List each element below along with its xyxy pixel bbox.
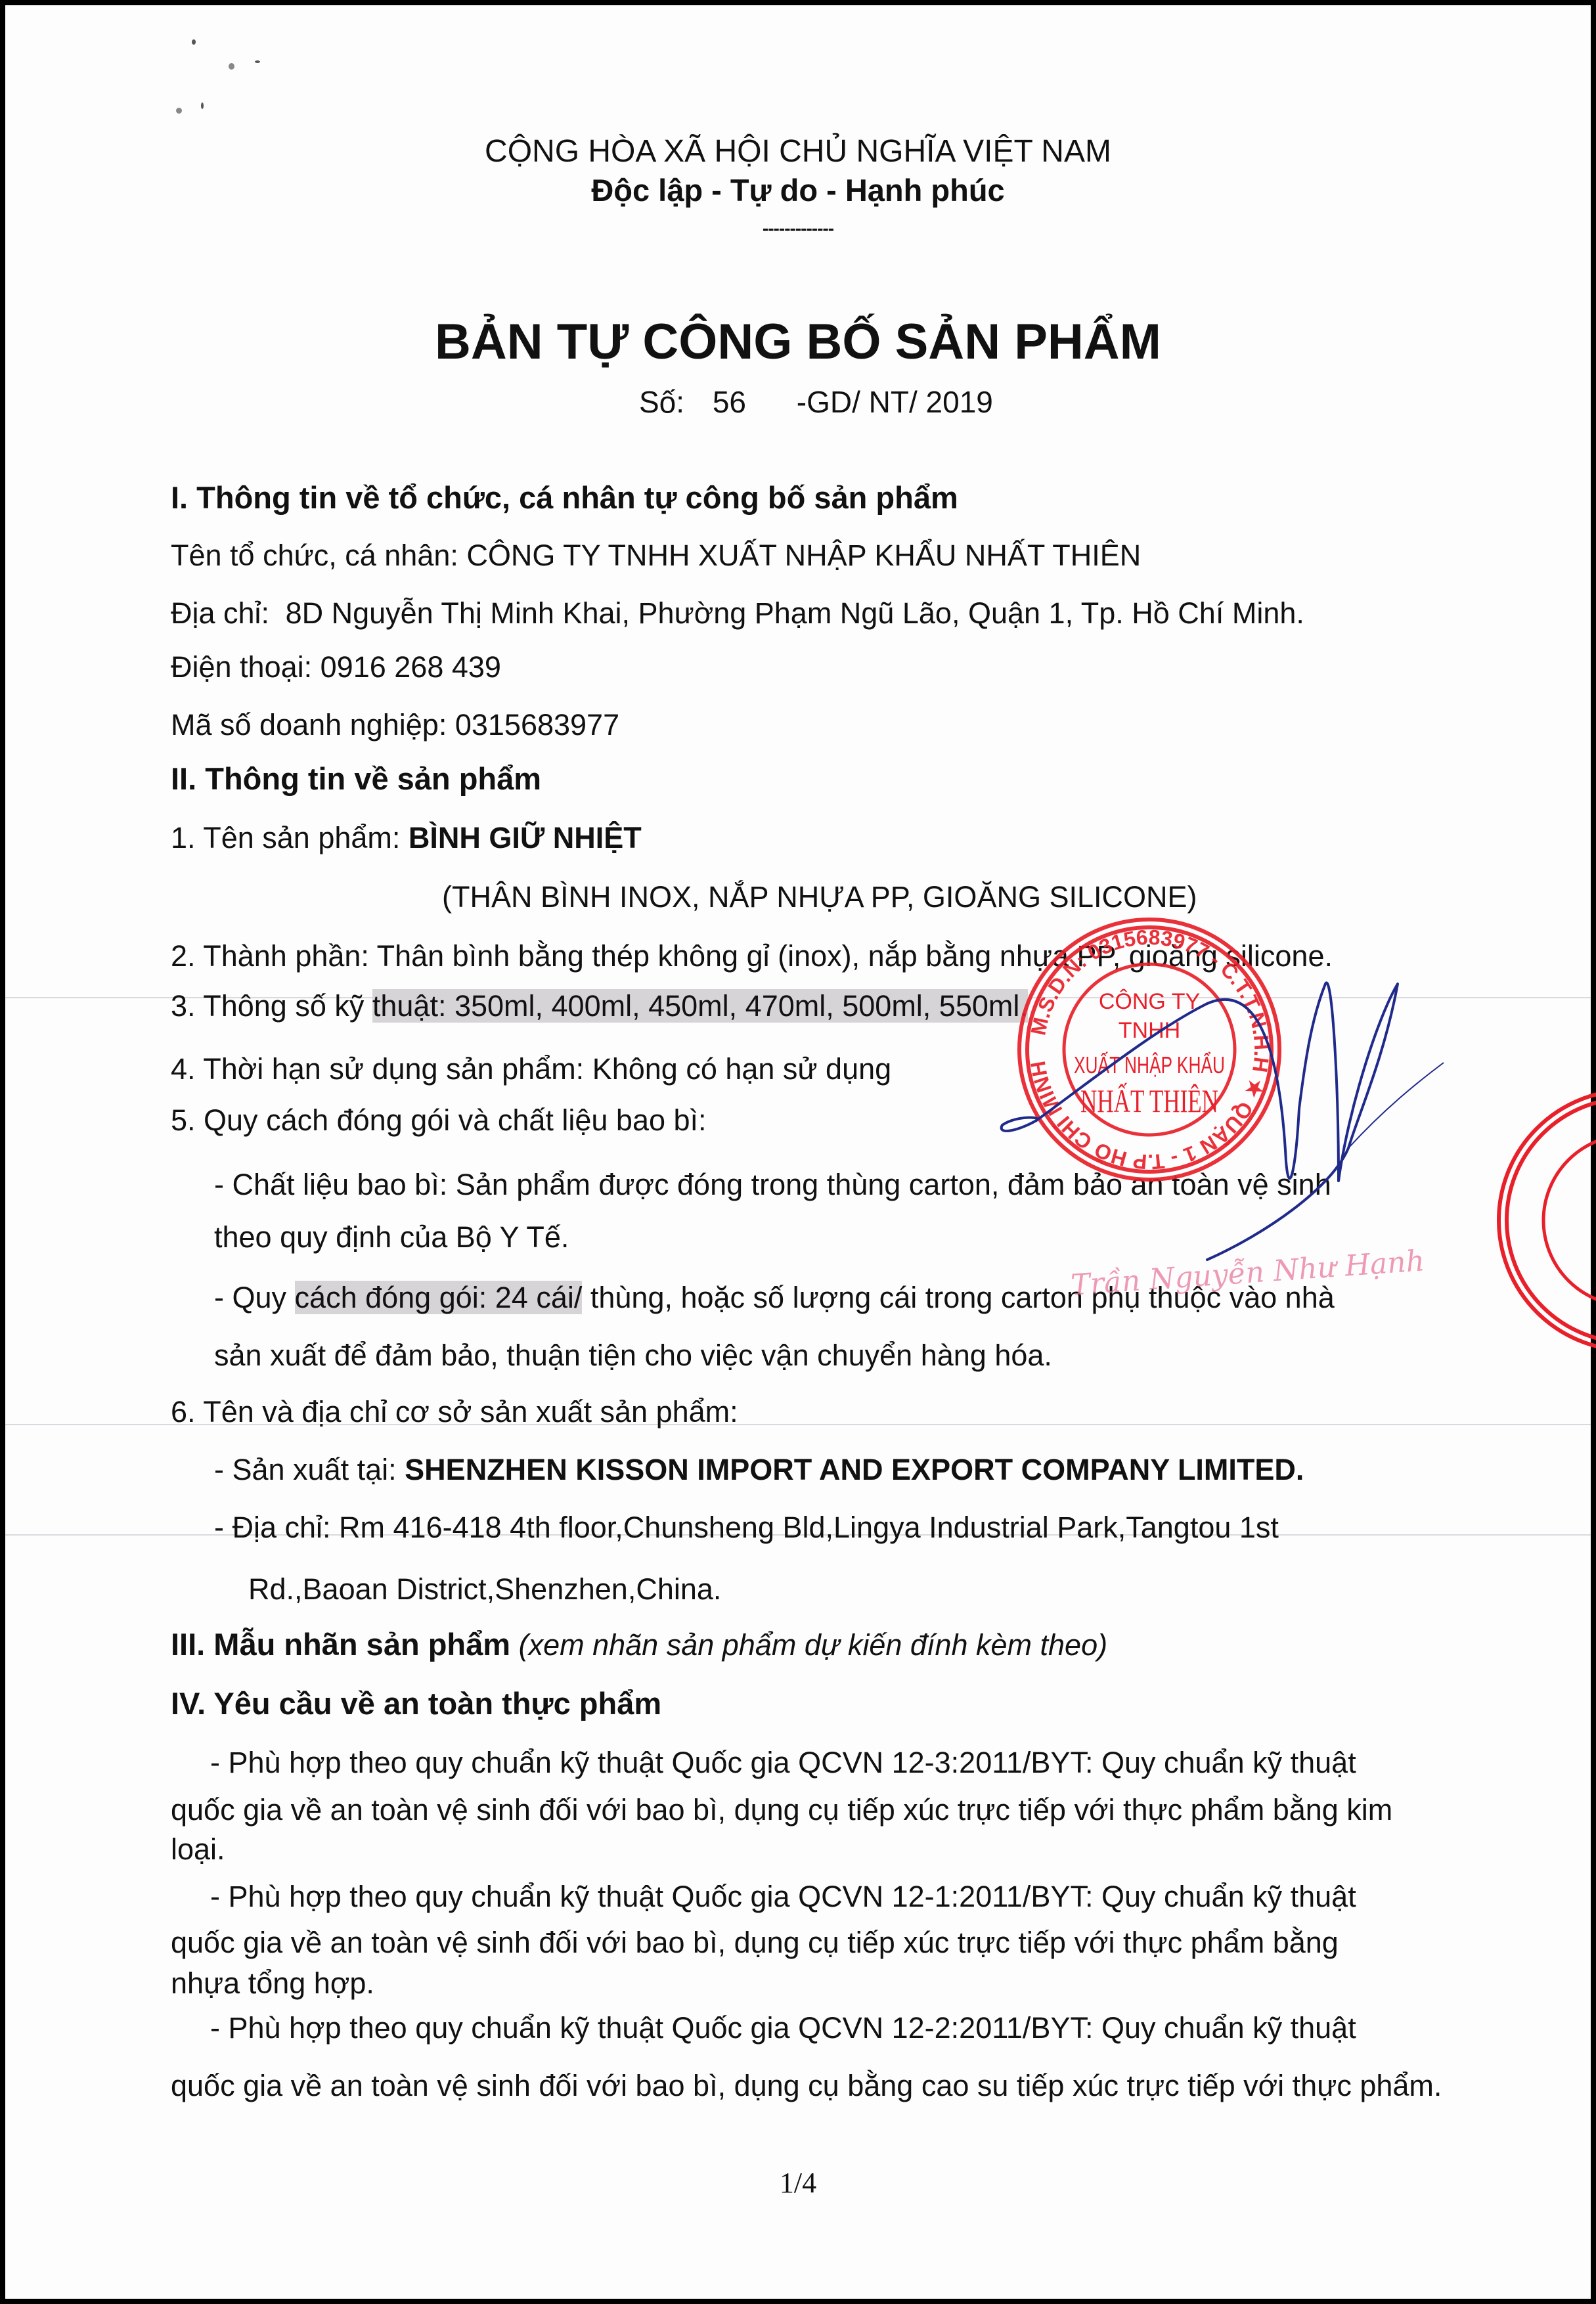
scan-speck (229, 63, 234, 70)
requirement-1-line-2: quốc gia về an toàn vệ sinh đối với bao … (171, 1792, 1392, 1828)
manufacturer-address-line-1: - Địa chỉ: Rm 416-418 4th floor,Chunshen… (214, 1509, 1279, 1546)
requirement-3-line-1: - Phù hợp theo quy chuẩn kỹ thuật Quốc g… (210, 2010, 1356, 2047)
manufacturer-name-value: SHENZHEN KISSON IMPORT AND EXPORT COMPAN… (405, 1453, 1304, 1486)
org-name-label: Tên tổ chức, cá nhân: (171, 539, 458, 572)
product-shelf-life: 4. Thời hạn sử dụng sản phẩm: Không có h… (171, 1051, 891, 1088)
requirement-1-line-1: - Phù hợp theo quy chuẩn kỹ thuật Quốc g… (210, 1744, 1356, 1781)
product-name-label: 1. Tên sản phẩm: (171, 821, 400, 854)
packaging-material-line-2: theo quy định của Bộ Y Tế. (214, 1219, 569, 1256)
scan-speck (192, 39, 196, 45)
scan-speck (176, 108, 182, 114)
product-name-value: BÌNH GIỮ NHIỆT (409, 821, 642, 854)
document-page: CỘNG HÒA XÃ HỘI CHỦ NGHĨA VIỆT NAM Độc l… (5, 5, 1591, 2299)
packaging-spec-prefix: - Quy (214, 1281, 286, 1314)
product-name-subtitle: (THÂN BÌNH INOX, NẮP NHỰA PP, GIOĂNG SIL… (442, 879, 1197, 916)
requirement-2-line-1: - Phù hợp theo quy chuẩn kỹ thuật Quốc g… (210, 1878, 1356, 1915)
section-4-heading: IV. Yêu cầu về an toàn thực phẩm (171, 1685, 661, 1722)
requirement-2-line-3: nhựa tổng hợp. (171, 1965, 374, 2002)
org-phone-label: Điện thoại: (171, 650, 312, 684)
manufacturer-address-line-2: Rd.,Baoan District,Shenzhen,China. (248, 1571, 721, 1608)
manufacturer-heading: 6. Tên và địa chỉ cơ sở sản xuất sản phẩ… (171, 1394, 738, 1430)
number-value: 56 (713, 385, 746, 419)
motto: Độc lập - Tự do - Hạnh phúc (5, 172, 1591, 209)
packaging-spec-line-2: sản xuất để đảm bảo, thuận tiện cho việc… (214, 1337, 1052, 1374)
requirement-3-line-2: quốc gia về an toàn vệ sinh đối với bao … (171, 2068, 1442, 2104)
org-tax-value: 0315683977 (455, 708, 619, 742)
product-name-line: 1. Tên sản phẩm: BÌNH GIỮ NHIỆT (171, 820, 642, 856)
product-specs-label: 3. Thông số kỹ (171, 989, 364, 1023)
org-tax-line: Mã số doanh nghiệp: 0315683977 (171, 707, 619, 743)
org-address-value: 8D Nguyễn Thị Minh Khai, Phường Phạm Ngũ… (286, 596, 1304, 630)
signature (990, 944, 1450, 1286)
manufacturer-name-label: - Sản xuất tại: (214, 1453, 397, 1486)
org-address-line: Địa chỉ: 8D Nguyễn Thị Minh Khai, Phường… (171, 595, 1304, 632)
requirement-1-line-3: loại. (171, 1831, 225, 1868)
org-name-line: Tên tổ chức, cá nhân: CÔNG TY TNHH XUẤT … (171, 537, 1141, 574)
packaging-spec-highlight: cách đóng gói: 24 cái/ (295, 1281, 583, 1314)
section-2-heading: II. Thông tin về sản phẩm (171, 761, 541, 797)
edge-seal: M.S.D.N: 0 ★ QU (1491, 1082, 1596, 1358)
org-name-value: CÔNG TY TNHH XUẤT NHẬP KHẨU NHẤT THIÊN (466, 539, 1141, 572)
number-label: Số: (639, 385, 684, 419)
product-specs-value: thuật: 350ml, 400ml, 450ml, 470ml, 500ml… (372, 989, 1028, 1023)
org-phone-value: 0916 268 439 (321, 650, 501, 684)
header-separator: ------------- (5, 210, 1591, 247)
section-3-line: III. Mẫu nhãn sản phẩm (xem nhãn sản phẩ… (171, 1626, 1107, 1664)
scan-speck (201, 102, 204, 109)
org-phone-line: Điện thoại: 0916 268 439 (171, 649, 501, 686)
section-3-note: (xem nhãn sản phẩm dự kiến đính kèm theo… (519, 1628, 1108, 1662)
scan-speck (255, 60, 260, 63)
manufacturer-name-line: - Sản xuất tại: SHENZHEN KISSON IMPORT A… (214, 1451, 1304, 1488)
product-specs-line: 3. Thông số kỹ thuật: 350ml, 400ml, 450m… (171, 988, 1028, 1025)
page-number: 1/4 (5, 2166, 1591, 2200)
document-number: Số: 56 -GD/ NT/ 2019 (639, 384, 993, 420)
packaging-heading: 5. Quy cách đóng gói và chất liệu bao bì… (171, 1102, 707, 1139)
requirement-2-line-2: quốc gia về an toàn vệ sinh đối với bao … (171, 1924, 1339, 1961)
section-1-heading: I. Thông tin về tổ chức, cá nhân tự công… (171, 479, 958, 516)
org-tax-label: Mã số doanh nghiệp: (171, 708, 447, 742)
section-3-heading: III. Mẫu nhãn sản phẩm (171, 1627, 510, 1662)
document-title: BẢN TỰ CÔNG BỐ SẢN PHẨM (5, 313, 1591, 372)
org-address-label: Địa chỉ: (171, 596, 269, 630)
number-suffix: -GD/ NT/ 2019 (797, 385, 993, 419)
nation-heading: CỘNG HÒA XÃ HỘI CHỦ NGHĨA VIỆT NAM (5, 133, 1591, 170)
